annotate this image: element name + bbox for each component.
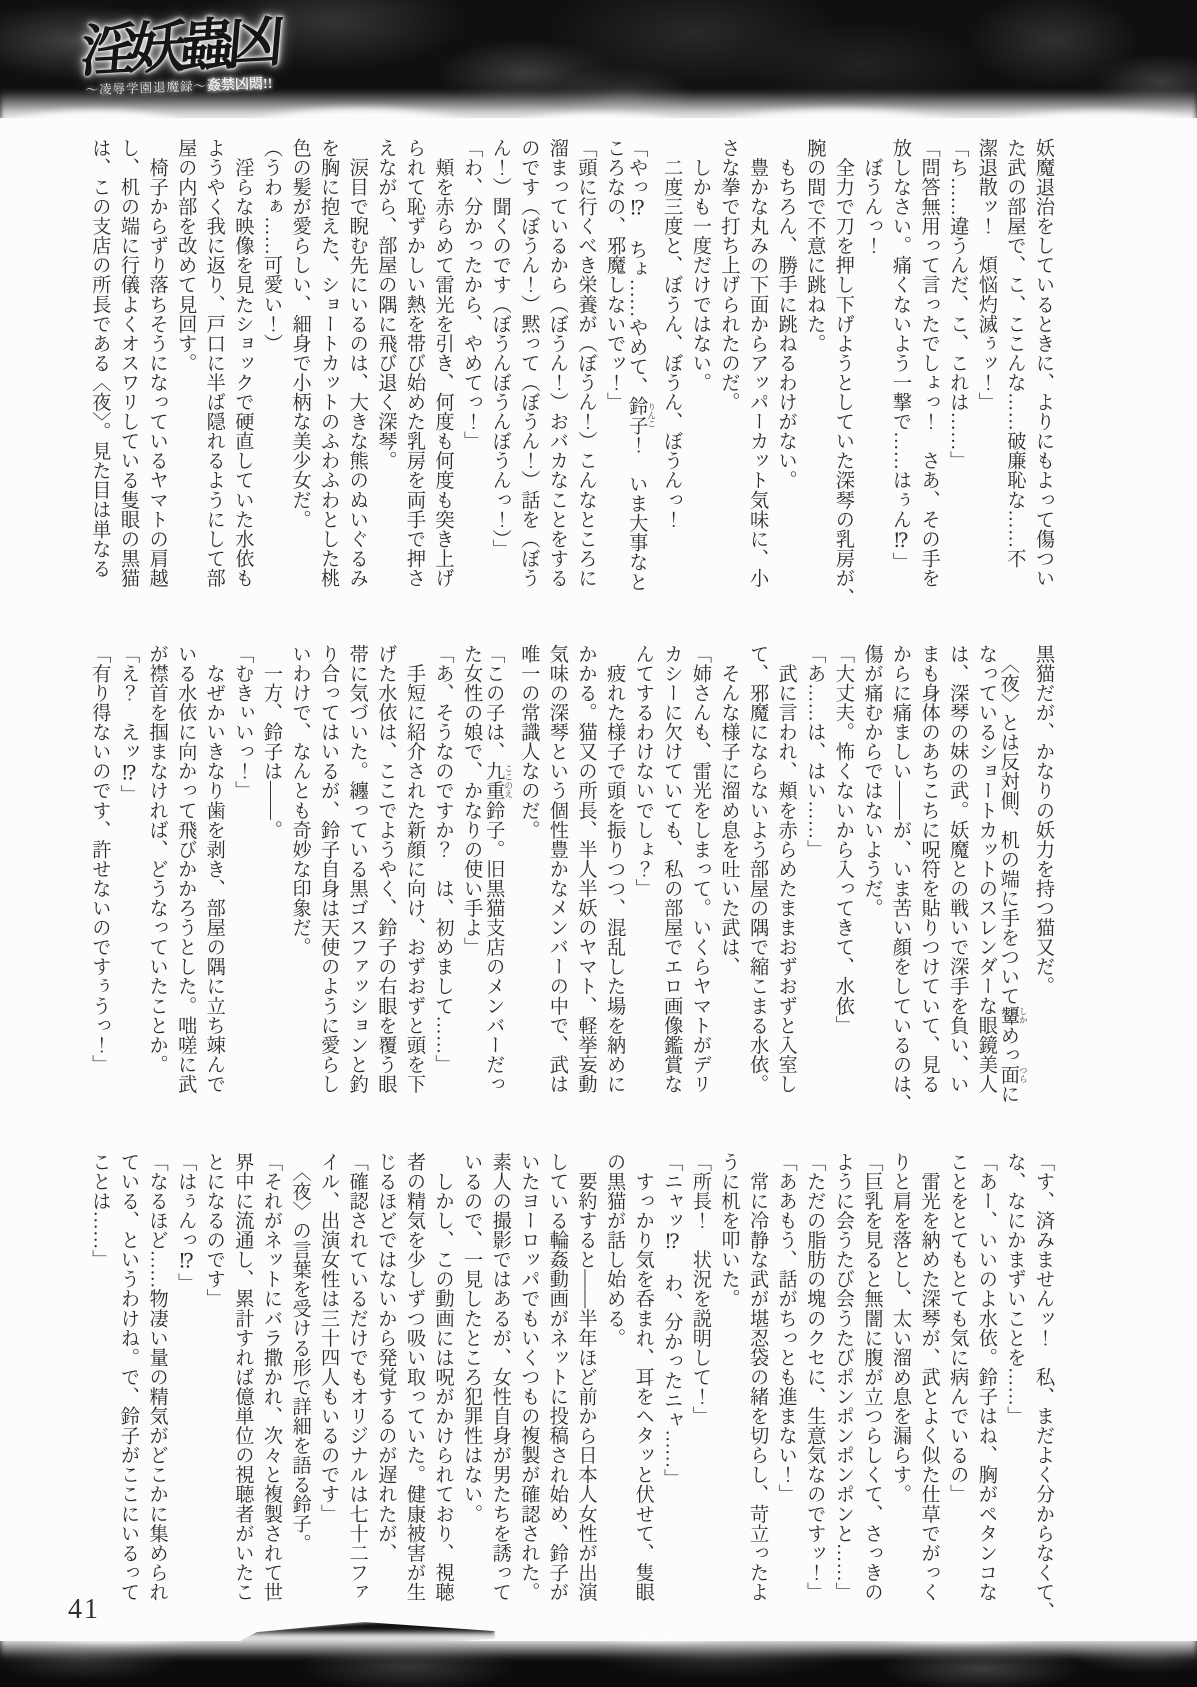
text-column: いるので、一見したところ犯罪性はない。 [457,1152,486,1612]
text-column: し、机の端に行儀よくオスワリしている隻眼の黒猫 [113,138,142,598]
text-column: 頬を赤らめて雷光を引き、何度も何度も突き上げ [428,138,457,598]
text-column: 二度三度と、ぼうん、ぼうん、ぼうんっ！ [657,138,686,598]
text-column: が襟首を掴まなければ、どうなっていたことか。 [142,644,171,1104]
text-column: 〈夜〉とは反対側、机の端に手をついて顰しかめっ面つらに [1000,644,1029,1104]
text-column: えながら、部屋の隅に飛び退く深琴。 [371,138,400,598]
text-column: 「あ……は、はい……」 [800,644,829,1104]
text-column: ている、というわけね。で、鈴子がここにいるって [113,1152,142,1612]
text-column: 「問答無用って言ったでしょっ！ さあ、その手を [914,138,943,598]
text-column: 溜まっているから（ぼうん！）おバカなことをする [542,138,571,598]
text-column: 界中に流通し、累計すれば億単位の視聴者がいたこ [228,1152,257,1612]
text-column: 「なるほど……物凄い量の精気がどこかに集められ [142,1152,171,1612]
text-column: 雷光を納めた深琴が、武とよく似た仕草でがっく [914,1152,943,1612]
text-column: いわけで、なんとも奇妙な印象だ。 [285,644,314,1104]
text-column: 腕の間で不意に跳ねた。 [800,138,829,598]
text-column: 一方、鈴子は——。 [256,644,285,1104]
text-column: そんな様子に溜め息を吐いた武は、 [714,644,743,1104]
text-column: んてするわけないでしょ？」 [628,644,657,1104]
text-column: 黒猫だが、かなりの妖力を持つ猫又だ。 [1028,644,1057,1104]
scanned-novel-page: { "page": { "number": "41" }, "header": … [0,0,1197,1687]
text-column: 「あ、そうなのですか？ は、初めまして……」 [428,644,457,1104]
text-column: イル、出演女性は三十四人もいるのです」 [314,1152,343,1612]
text-column: ぼうんっ！ [857,138,886,598]
text-column: な、なにかまずいことを……」 [1000,1152,1029,1612]
text-column: ことは……」 [85,1152,114,1612]
text-column: ことをとてもとても気に病んでいるの」 [943,1152,972,1612]
series-logo: 淫妖蟲凶 ～凌辱学園退魔録～姦禁凶悶!! [44,20,314,95]
text-column: いたヨーロッパでもいくつもの複製が確認された。 [514,1152,543,1612]
text-column: かかる。猫又の所長、半人半妖のヤマト、軽挙妄動 [571,644,600,1104]
text-column: 「ああもう、話がちっとも進まない！」 [771,1152,800,1612]
text-column: 唯一の常識人なのだ。 [514,644,543,1104]
page-number: 41 [68,1594,100,1626]
text-column: は、深琴の妹の武。妖魔との戦いで深手を負い、い [943,644,972,1104]
text-column: て、邪魔にならないよう部屋の隅で縮こまる水依。 [742,644,771,1104]
text-column: 「巨乳を見ると無闇に腹が立つらしくて、さっきの [857,1152,886,1612]
text-column: 常に冷静な武が堪忍袋の緒を切らし、苛立ったよ [742,1152,771,1612]
text-column: いる水依に向かって飛びかかろうとした。咄嗟に武 [171,644,200,1104]
text-column: 「所長！ 状況を説明して！」 [685,1152,714,1612]
logo-subtitle-text: ～凌辱学園退魔録～ [85,79,207,97]
text-column: 疲れた様子で頭を振りつつ、混乱した場を納めに [600,644,629,1104]
text-column: 「ち……違うんだ、こ、これは……」 [943,138,972,598]
text-column: しかし、この動画には呪がかけられており、視聴 [428,1152,457,1612]
text-column: られて恥ずかしい熱を帯び始めた乳房を両手で押さ [399,138,428,598]
text-column: なぜかいきなり歯を剥き、部屋の隅に立ち竦んで [199,644,228,1104]
text-column: の黒猫が話し始める。 [600,1152,629,1612]
text-column: 「確認されているだけでもオリジナルは七十二ファ [342,1152,371,1612]
text-column: 放しなさい。痛くないよう一撃で……はぅん⁉」 [885,138,914,598]
text-column: すっかり気を呑まれ、耳をヘタッと伏せて、隻眼 [628,1152,657,1612]
logo-badge: 姦禁凶悶!! [207,77,273,94]
text-column: さな拳で打ち上げられたのだ。 [714,138,743,598]
text-band-bottom: 「す、済みませんッ！ 私、まだよく分からなくて、な、なにかまずいことを……」「あ… [84,1152,1057,1612]
text-column: まも身体のあちこちに呪符を貼りつけていて、見る [914,644,943,1104]
text-column: うに机を叩いた。 [714,1152,743,1612]
text-column: とになるのです」 [199,1152,228,1612]
text-column: しかも一度だけではない。 [685,138,714,598]
text-column: 色の髪が愛らしい、細身で小柄な美少女だ。 [285,138,314,598]
text-column: 要約すると——半年ほど前から日本人女性が出演 [571,1152,600,1612]
text-column: 「え？ えッ⁉」 [113,644,142,1104]
text-column: 「わ、分かったから、やめてっ！」 [457,138,486,598]
text-column: 者の精気を少しずつ吸い取っていた。健康被害が生 [399,1152,428,1612]
text-column: （うわぁ……可愛い！） [256,138,285,598]
text-column: 豊かな丸みの下面からアッパーカット気味に、小 [742,138,771,598]
text-column: 帯に気づいた。纏っている黒ゴスファッションと釣 [342,644,371,1104]
text-column: 「姉さんも、雷光をしまって。いくらヤマトがデリ [685,644,714,1104]
text-column: 「ニャッ⁉ わ、分かったニャ……」 [657,1152,686,1612]
text-column: 手短に紹介された新顔に向け、おずおずと頭を下 [399,644,428,1104]
text-column: している輪姦動画がネットに投稿され始め、鈴子が [542,1152,571,1612]
text-column: 「やっ⁉ ちょ……やめて、鈴子りんこ！ いま大事なと [628,138,657,598]
text-column: 全力で刀を押し下げようとしていた深琴の乳房が、 [828,138,857,598]
text-column: りと肩を落とし、太い溜め息を漏らす。 [885,1152,914,1612]
text-column: 「あー、いいのよ水依。鈴子はね、胸がペタンコな [971,1152,1000,1612]
text-column: ようやく我に返り、戸口に半ば隠れるようにして部 [199,138,228,598]
text-column: 椅子からずり落ちそうになっているヤマトの肩越 [142,138,171,598]
text-column: 涙目で睨む先にいるのは、大きな熊のぬいぐるみ [342,138,371,598]
footer-banner [0,1641,1197,1687]
text-column: 「頭に行くべき栄養が（ぼうん！）こんなところに [571,138,600,598]
text-column: 「はぅんっ⁉」 [171,1152,200,1612]
text-column: 素人の撮影ではあるが、女性自身が男たちを誘って [485,1152,514,1612]
text-column: ように会うたび会うたびポンポンポンポンと……」 [828,1152,857,1612]
text-band-top: 妖魔退治をしているときに、よりにもよって傷ついた武の部屋で、こ、ここんな……破廉… [84,138,1057,598]
text-column: 〈夜〉の言葉を受ける形で詳細を語る鈴子。 [285,1152,314,1612]
text-column: 屋の内部を改めて見回す。 [171,138,200,598]
text-column: 「ただの脂肪の塊のクセに、生意気なのですッ！」 [800,1152,829,1612]
text-column: 「大丈夫。怖くないから入ってきて、水依」 [828,644,857,1104]
text-column: カシーに欠けていても、私の部屋でエロ画像鑑賞な [657,644,686,1104]
text-column: もちろん、勝手に跳ねるわけがない。 [771,138,800,598]
text-column: 潔退散ッ！ 煩悩灼滅ぅッ！」 [971,138,1000,598]
text-column: のです（ぼうん！）黙って（ぼうん！）話を（ぼう [514,138,543,598]
text-column: を胸に抱えた、ショートカットのふわふわとした桃 [314,138,343,598]
text-column: り合ってはいるが、鈴子自身は天使のように愛らし [314,644,343,1104]
logo-title: 淫妖蟲凶 [79,15,280,82]
text-column: 「す、済みませんッ！ 私、まだよく分からなくて、 [1028,1152,1057,1612]
text-column: 妖魔退治をしているときに、よりにもよって傷つい [1028,138,1057,598]
text-column: げた水依は、ここでようやく、鈴子の右眼を覆う眼 [371,644,400,1104]
text-column: じるほどではないから発覚するのが遅れたが、 [371,1152,400,1612]
text-column: 「それがネットにバラ撒かれ、次々と複製されて世 [256,1152,285,1612]
text-column: ん！）聞くのです（ぼうんぼうんぼうんっ！）」 [485,138,514,598]
text-column: 「有り得ないのです、許せないのですぅうっ！」 [85,644,114,1104]
text-column: からに痛ましい——が、いま苦い顔をしているのは、 [885,644,914,1104]
text-column: 「この子は、九重ここのえ鈴子。旧黒猫支店のメンバーだっ [485,644,514,1104]
text-column: 傷が痛むからではないようだ。 [857,644,886,1104]
text-column: 気味の深琴という個性豊かなメンバーの中で、武は [542,644,571,1104]
text-column: は、この支店の所長である〈夜〉。見た目は単なる [85,138,114,598]
text-band-middle: 黒猫だが、かなりの妖力を持つ猫又だ。 〈夜〉とは反対側、机の端に手をついて顰しか… [84,644,1057,1104]
text-column: 「むきぃいっ！」 [228,644,257,1104]
text-column: 武に言われ、頬を赤らめたままおずおずと入室し [771,644,800,1104]
text-column: 淫らな映像を見たショックで硬直していた水依も [228,138,257,598]
text-column: た武の部屋で、こ、ここんな……破廉恥な……不 [1000,138,1029,598]
